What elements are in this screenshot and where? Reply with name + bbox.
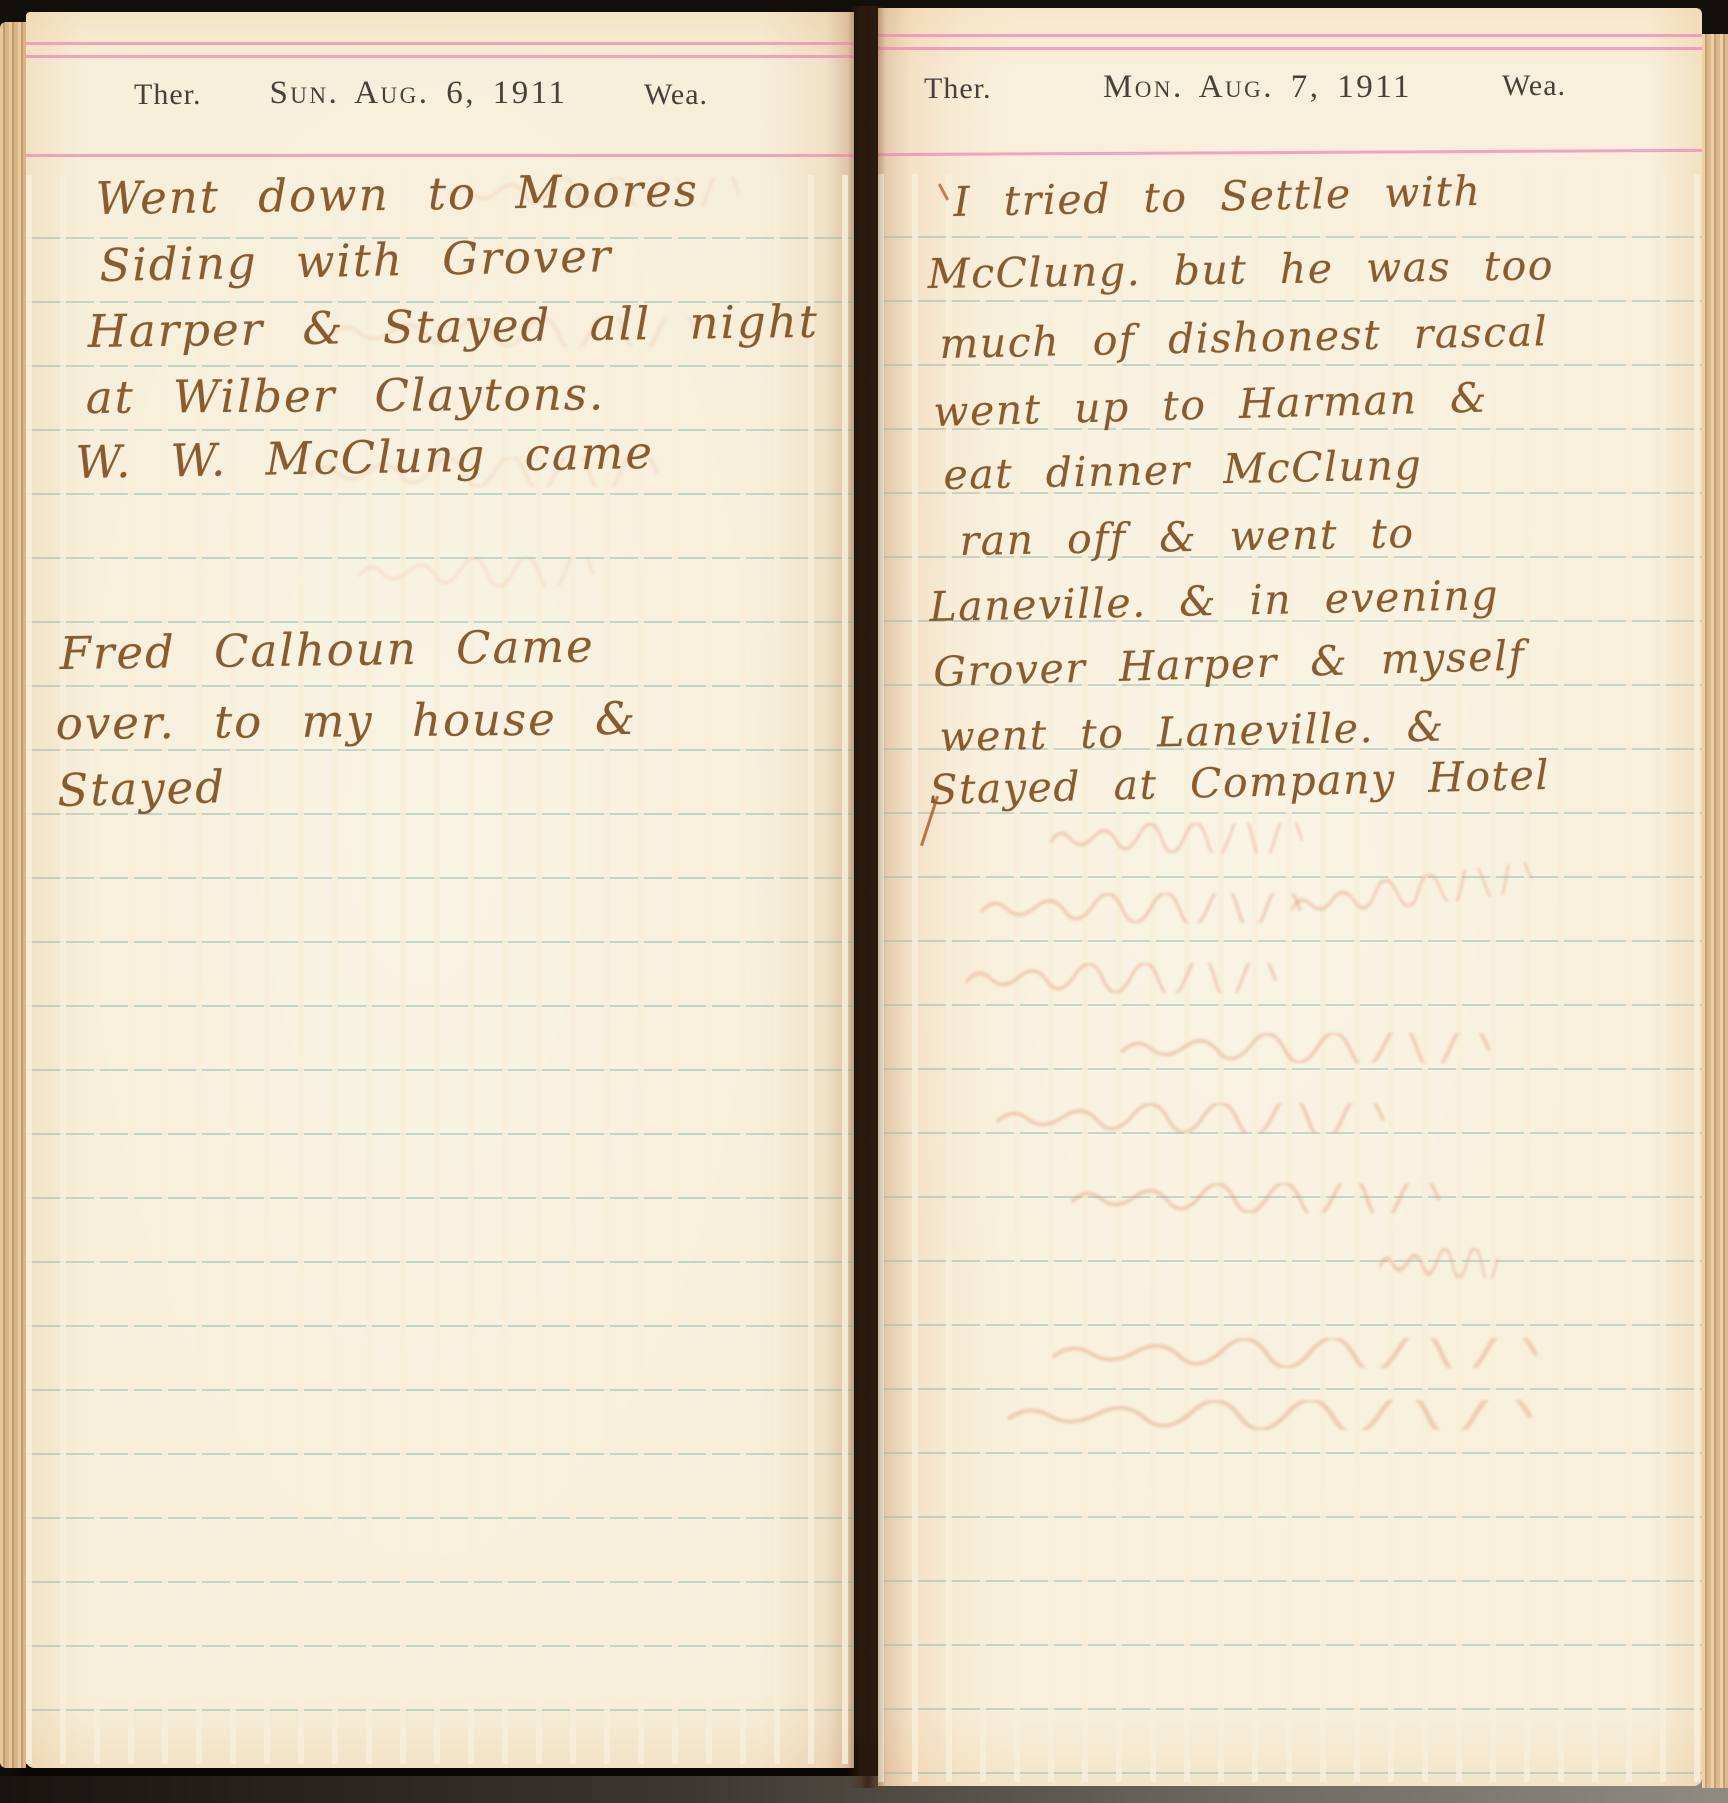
handwriting-line: Siding with Grover [99, 229, 613, 292]
handwriting-line: Stayed [57, 760, 227, 817]
ink-bleedthrough [1048, 1338, 1548, 1368]
ink-bleedthrough [1003, 1400, 1543, 1430]
ink-bleedthrough [963, 963, 1283, 993]
diary-page-left: Ther. Sun. Aug. 6, 1911 Wea. Went down t… [26, 12, 854, 1768]
handwriting-line: eat dinner McClung [943, 441, 1423, 499]
ink-bleedthrough [356, 557, 656, 587]
handwriting-line: Went down to Moores [95, 164, 699, 225]
ink-bleedthrough [1068, 1183, 1448, 1213]
ink-bleedthrough [1378, 1248, 1548, 1278]
handwriting-line: at Wilber Claytons. [86, 367, 606, 424]
ther-label: Ther. [924, 72, 991, 106]
ink-bleedthrough [978, 893, 1308, 923]
header-rule-pink [26, 55, 854, 58]
page-date: Mon. Aug. 7, 1911 [1090, 69, 1425, 106]
header-rule-pink [878, 34, 1702, 37]
header-rule-pink [878, 47, 1702, 50]
header-rule-pink [26, 154, 854, 157]
handwriting-line: McClung. but he was too [927, 241, 1554, 298]
diary-photo: { "book": { "left_page": { "ther_label":… [0, 0, 1728, 1803]
right-page-edges [1702, 34, 1728, 1788]
handwriting-line: Fred Calhoun Came [59, 620, 595, 680]
wea-label: Wea. [1502, 69, 1566, 103]
page-date: Sun. Aug. 6, 1911 [251, 75, 586, 112]
handwriting-line: ran off & went to [959, 509, 1415, 565]
header-rule-pink [878, 149, 1702, 156]
handwriting-line: Harper & Stayed all night [87, 295, 819, 358]
ink-bleedthrough [993, 1103, 1393, 1133]
handwriting-line: W. W. McClung came [75, 426, 654, 489]
book-gutter-crease [848, 6, 886, 1788]
wea-label: Wea. [644, 78, 708, 112]
handwriting-line: over. to my house & [56, 692, 638, 750]
ink-bleedthrough [1048, 823, 1308, 853]
ther-label: Ther. [134, 78, 201, 112]
left-page-edges [0, 22, 26, 1768]
ink-bleedthrough [1118, 1033, 1498, 1063]
diary-page-right: Ther. Mon. Aug. 7, 1911 Wea. I tried to … [878, 8, 1702, 1786]
header-rule-pink [26, 42, 854, 45]
